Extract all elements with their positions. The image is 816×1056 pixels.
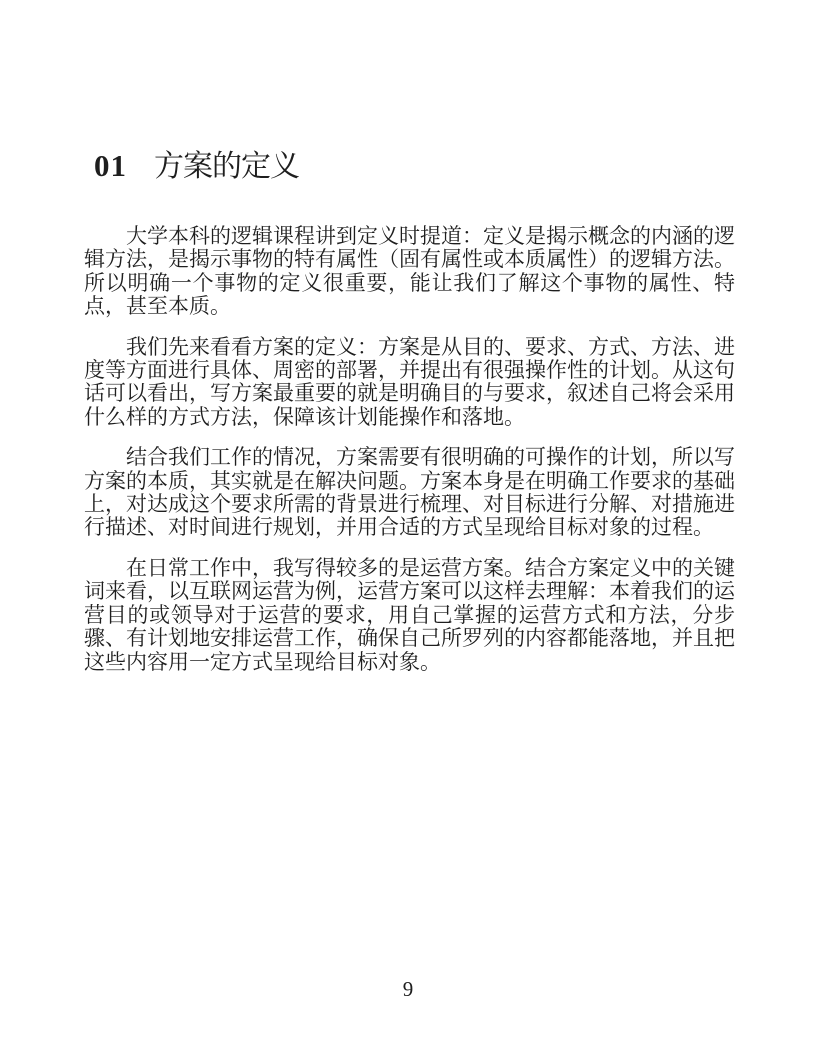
page-number: 9 (403, 977, 414, 1001)
chapter-heading: 01 方案的定义 (84, 148, 735, 185)
body-paragraph: 在日常工作中，我写得较多的是运营方案。结合方案定义中的关键词来看，以互联网运营为… (84, 557, 735, 674)
chapter-number: 01 (94, 148, 127, 184)
body-paragraph: 我们先来看看方案的定义：方案是从目的、要求、方式、方法、进度等方面进行具体、周密… (84, 336, 735, 430)
page-content: 01 方案的定义 大学本科的逻辑课程讲到定义时提道：定义是揭示概念的内涵的逻辑方… (84, 148, 735, 674)
page-footer: 9 (0, 977, 816, 1002)
document-page: 01 方案的定义 大学本科的逻辑课程讲到定义时提道：定义是揭示概念的内涵的逻辑方… (0, 0, 816, 1056)
chapter-title: 方案的定义 (154, 149, 299, 185)
body-paragraph: 大学本科的逻辑课程讲到定义时提道：定义是揭示概念的内涵的逻辑方法，是揭示事物的特… (84, 225, 735, 319)
body-paragraph: 结合我们工作的情况，方案需要有很明确的可操作的计划，所以写方案的本质，其实就是在… (84, 446, 735, 540)
